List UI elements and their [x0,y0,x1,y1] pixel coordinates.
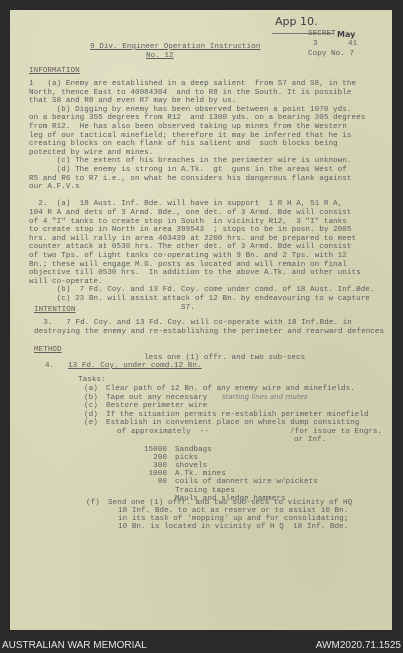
text-line: 104 R A and dets of 3 Armd. Bde., one de… [29,209,352,218]
text-line: our A.F.V.s [29,183,80,192]
text-line: Bn.; these will engage M.G. posts as loc… [29,261,347,270]
heading-method: METHOD [34,346,62,355]
date-month-handwritten: May [337,30,355,39]
para4-number: 4. [45,362,54,371]
text-line: R5 and R6 to R7 i.e., on what he conside… [29,175,352,184]
task-id: (d) [84,411,98,420]
appendix-annotation: App 10. [275,15,317,28]
task-id: (a) [84,385,98,394]
handwritten-insert: starting lines and routes [222,393,308,401]
task-id: (e) [84,419,98,428]
para4-title: 13 Fd. Coy. under comd.12 Bn. [68,362,202,371]
text-line: on a bearing 355 degrees from R12 and 13… [29,114,365,123]
text-line: from R12. He has also been observed taki… [29,123,347,132]
text-line: 3. 7 Fd. Coy. and 13 Fd. Coy. will co-op… [34,319,352,328]
text-line: North, thence East to 40084304 and to R8… [29,89,352,98]
task-id: (c) [84,402,98,411]
text-line: (c) The extent of his breaches in the pe… [29,157,352,166]
footer-source: AUSTRALIAN WAR MEMORIAL [2,640,147,651]
date-year: 41 [348,40,357,49]
task-f-id: (f) [86,499,100,508]
tasks-label: Tasks: [78,376,106,385]
doc-title: 9 Div. Engineer Operation Instruction [90,43,260,51]
text-line: of 4 "I" tanks to create stop in South i… [29,218,347,227]
text-line: 2. (a) 18 Aust. Inf. Bde. will have in s… [29,200,342,209]
text-line: of two Tps. of Light tanks co-operating … [29,252,347,261]
secret-label: SECRET [308,30,336,39]
doc-title-line1: 9 Div. Engineer Operation Instruction [90,43,260,52]
heading-intention: INTENTION [34,306,75,315]
task-e-note2: or Inf. [294,436,326,445]
text-line: hrs. and will rally in area 403439 at 22… [29,235,356,244]
text-line: destroying the enemy and re-establishing… [34,328,384,337]
text-line: objective till 0530 hrs. In addition to … [29,269,361,278]
task-text: Restore perimeter wire [106,402,207,411]
text-line: to create stop in North in area 399543 ;… [29,226,352,235]
store-qty: 80 [135,478,167,487]
copy-number: Copy No. 7 [308,50,354,59]
task-text: If the situation permits re-establish pe… [106,411,369,420]
text-line: leg of our tactical minefield; therefore… [29,132,352,141]
text-line: (c) 23 Bn. will assist attack of 12 Bn. … [29,295,370,304]
text-line: (b) 7 Fd. Coy. and 13 Fd. Coy. come unde… [29,286,375,295]
text-line: (d) The enemy is strong in A.Tk. gt guns… [29,166,347,175]
heading-information: INFORMATION [29,67,80,76]
text-line: 10 Bn. is located in vicinity of H Q 18 … [118,523,348,532]
text-line: creating blocks on each flank of his sal… [29,140,338,149]
date-day: 3 [313,40,318,49]
task-text: Establish in convenient place on wheels … [106,419,359,428]
document-page: App 10. SECRET May 3 41 Copy No. 7 9 Div… [10,10,392,630]
footer-accession: AWM2020.71.1525 [316,640,401,651]
text-line: counter attack at 0530 hrs. The other de… [29,243,352,252]
task-e-continuation: of approximately -- [117,428,209,437]
task-text: Tape out any necessary [106,394,207,403]
task-id: (b) [84,394,98,403]
text-line: (b) Digging by enemy has been observed b… [29,106,352,115]
text-line: that S8 and R8 and even R7 may be held b… [29,97,236,106]
text-line: will co-operate. [29,278,103,287]
doc-title-line2: No. 12 [146,52,174,61]
text-line: potected by wire and mines. [29,149,153,158]
text-line: 1 (a) Enemy are established in a deep sa… [29,80,356,89]
